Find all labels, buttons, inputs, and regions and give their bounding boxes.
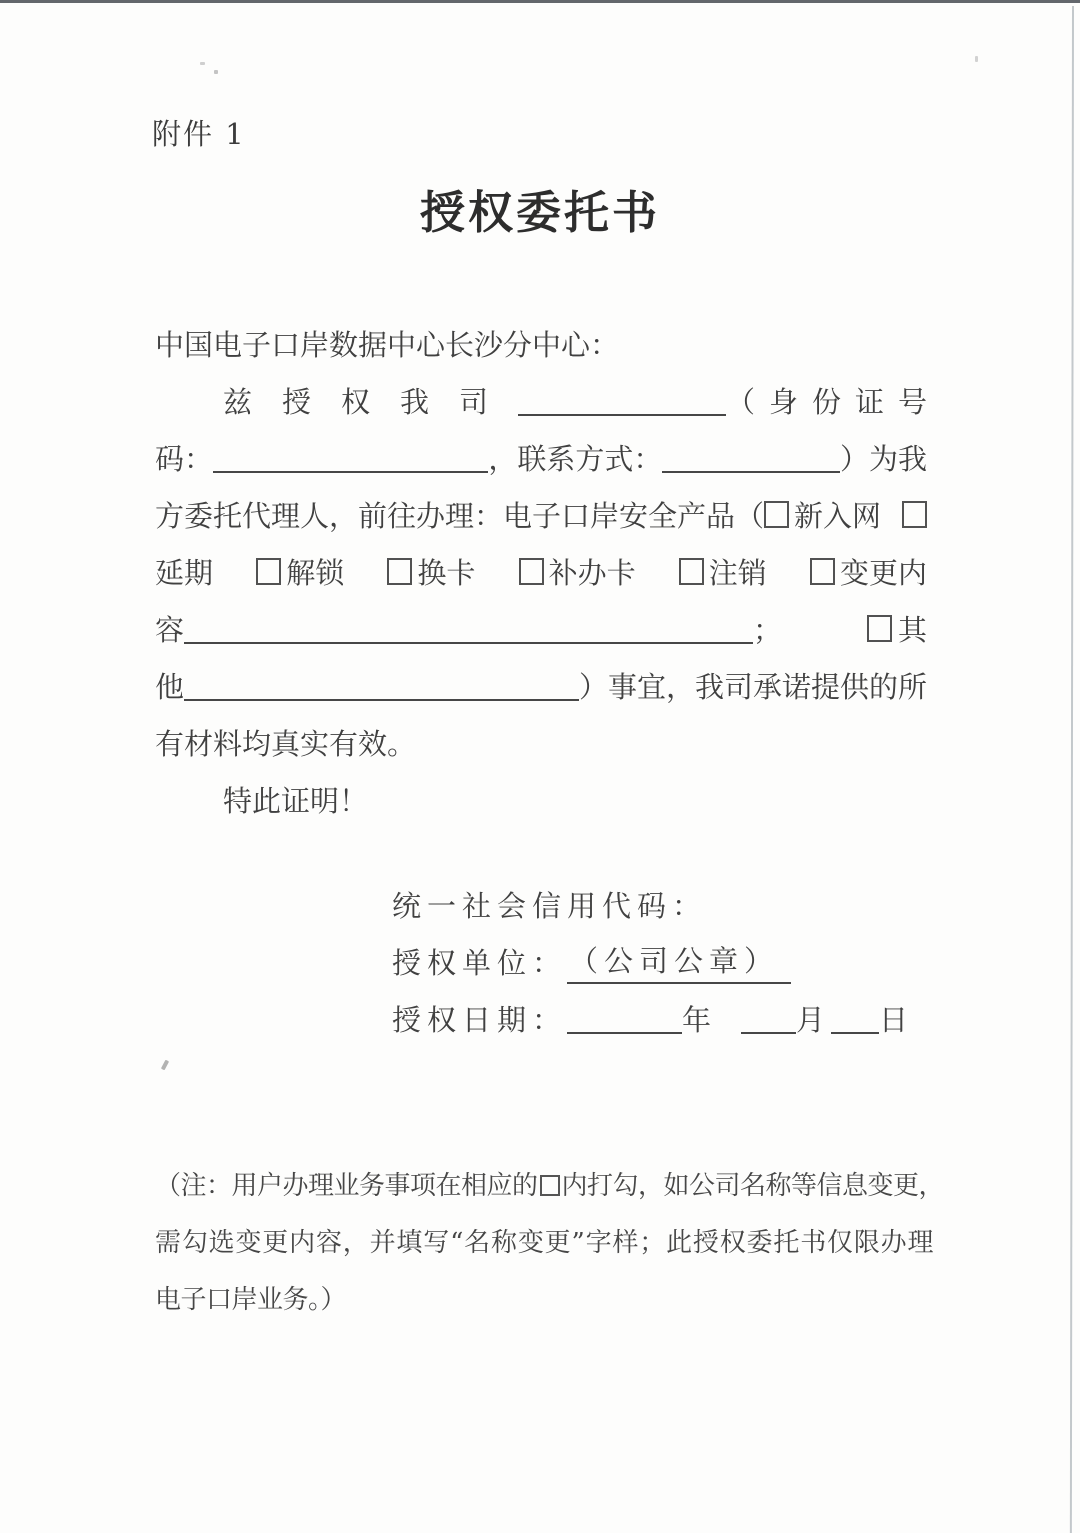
authorize-lead-text: 兹授权我司 [223, 380, 518, 421]
change-content-line: 容 ； 其 [155, 600, 927, 657]
change-content-cont-text: 容 [155, 608, 184, 649]
blank-other [184, 699, 579, 701]
option-swap-card-label: 换卡 [417, 551, 475, 592]
contact-label-text: ，联系方式： [488, 437, 662, 478]
scan-speck [214, 70, 218, 74]
matters-clause-text: ）事宜，我司承诺提供的所 [579, 665, 927, 706]
footnote-line2-text: 需勾选变更内容，并填写“名称变更”字样；此授权委托书仅限办理 [155, 1228, 933, 1258]
scan-speck [200, 62, 205, 65]
blank-contact [662, 471, 840, 473]
checkbox-glyph-small [540, 1175, 560, 1196]
blank-month [741, 1032, 796, 1034]
authorization-date-label: 授权日期： [392, 998, 567, 1039]
authorizing-unit-line: 授权单位： （公司公章） [392, 933, 914, 990]
matters-cont-text: 有材料均真实有效。 [155, 722, 416, 763]
option-change-content: 变更内 [810, 551, 927, 592]
checkbox-new-network [764, 501, 789, 528]
blank-agent-name [518, 414, 726, 416]
option-unlock: 解锁 [256, 551, 344, 592]
footnote-line3-text: 电子口岸业务。） [155, 1285, 346, 1315]
footnote-line-2: 需勾选变更内容，并填写“名称变更”字样；此授权委托书仅限办理 [155, 1215, 933, 1272]
document-title: 授权委托书 [0, 176, 1080, 241]
authorization-date-line: 授权日期： 年 月 日 [392, 990, 914, 1047]
scanned-document-page: 附件 1 授权委托书 中国电子口岸数据中心长沙分中心： 兹授权我司 （身份证号 … [0, 0, 1080, 1533]
blank-change-content [184, 642, 753, 644]
footnote-line1-post-text: 内打勾，如公司名称等信息变更， [562, 1171, 945, 1201]
footnote-line-1: （注：用户办理业务事项在相应的内打勾，如公司名称等信息变更， [155, 1158, 933, 1215]
checkbox-extend [902, 501, 927, 528]
option-cancel-label: 注销 [709, 551, 767, 592]
checkbox-change-content [810, 558, 835, 585]
checkbox-other [867, 615, 892, 642]
scan-top-edge [0, 0, 1080, 3]
scan-speck [161, 1060, 169, 1071]
month-label: 月 [796, 998, 831, 1039]
close-paren-lead-text: ）为我 [840, 437, 927, 478]
certify-text: 特此证明！ [223, 779, 368, 820]
authorize-line: 兹授权我司 （身份证号 [155, 372, 927, 429]
agent-clause-text: 方委托代理人，前往办理：电子口岸安全产品（ [155, 494, 764, 535]
recipient-text: 中国电子口岸数据中心长沙分中心： [155, 323, 619, 364]
option-other-cont-text: 他 [155, 665, 184, 706]
option-swap-card: 换卡 [387, 551, 475, 592]
option-extend-label: 延期 [155, 551, 213, 592]
signature-block: 统一社会信用代码： 授权单位： （公司公章） 授权日期： 年 月 日 [392, 876, 914, 1047]
company-seal-placeholder: （公司公章） [567, 939, 791, 984]
option-new-network-label: 新入网 [794, 494, 881, 535]
option-change-content-label: 变更内 [840, 551, 927, 592]
other-line: 他 ）事宜，我司承诺提供的所 [155, 657, 927, 714]
attachment-label: 附件 1 [152, 112, 246, 153]
id-contact-line: 码： ，联系方式： ）为我 [155, 429, 927, 486]
id-label-open-text: （身份证号 [726, 380, 941, 421]
credit-code-label: 统一社会信用代码： [392, 884, 707, 925]
blank-day [831, 1032, 879, 1034]
semicolon-text: ； [753, 608, 782, 649]
option-new-network: 新入网 [764, 494, 881, 535]
option-reissue-card-label: 补办卡 [549, 551, 636, 592]
footnote-line1-pre-text: （注：用户办理业务事项在相应的 [155, 1171, 538, 1201]
option-other-label: 其 [898, 608, 927, 649]
options-line: 延期 解锁 换卡 补办卡 注销 变更内 [155, 543, 927, 600]
agent-clause-line: 方委托代理人，前往办理：电子口岸安全产品（ 新入网 [155, 486, 927, 543]
option-reissue-card: 补办卡 [519, 551, 636, 592]
recipient-line: 中国电子口岸数据中心长沙分中心： [155, 315, 927, 372]
blank-year [567, 1032, 682, 1034]
document-body: 中国电子口岸数据中心长沙分中心： 兹授权我司 （身份证号 码： ，联系方式： ）… [155, 315, 927, 828]
checkbox-unlock [256, 558, 281, 585]
blank-id-number [213, 471, 488, 473]
checkbox-swap-card [387, 558, 412, 585]
checkbox-reissue-card [519, 558, 544, 585]
matters-cont-line: 有材料均真实有效。 [155, 714, 927, 771]
footnote-line-3: 电子口岸业务。） [155, 1272, 933, 1329]
option-unlock-label: 解锁 [286, 551, 344, 592]
checkbox-cancel [679, 558, 704, 585]
day-label: 日 [879, 998, 914, 1039]
credit-code-line: 统一社会信用代码： [392, 876, 914, 933]
authorizing-unit-label: 授权单位： [392, 941, 567, 982]
year-label: 年 [682, 998, 717, 1039]
id-label-cont-text: 码： [155, 437, 213, 478]
option-cancel: 注销 [679, 551, 767, 592]
certify-line: 特此证明！ [155, 771, 927, 828]
footnote-block: （注：用户办理业务事项在相应的内打勾，如公司名称等信息变更， 需勾选变更内容，并… [155, 1158, 933, 1329]
scan-speck [975, 56, 978, 62]
